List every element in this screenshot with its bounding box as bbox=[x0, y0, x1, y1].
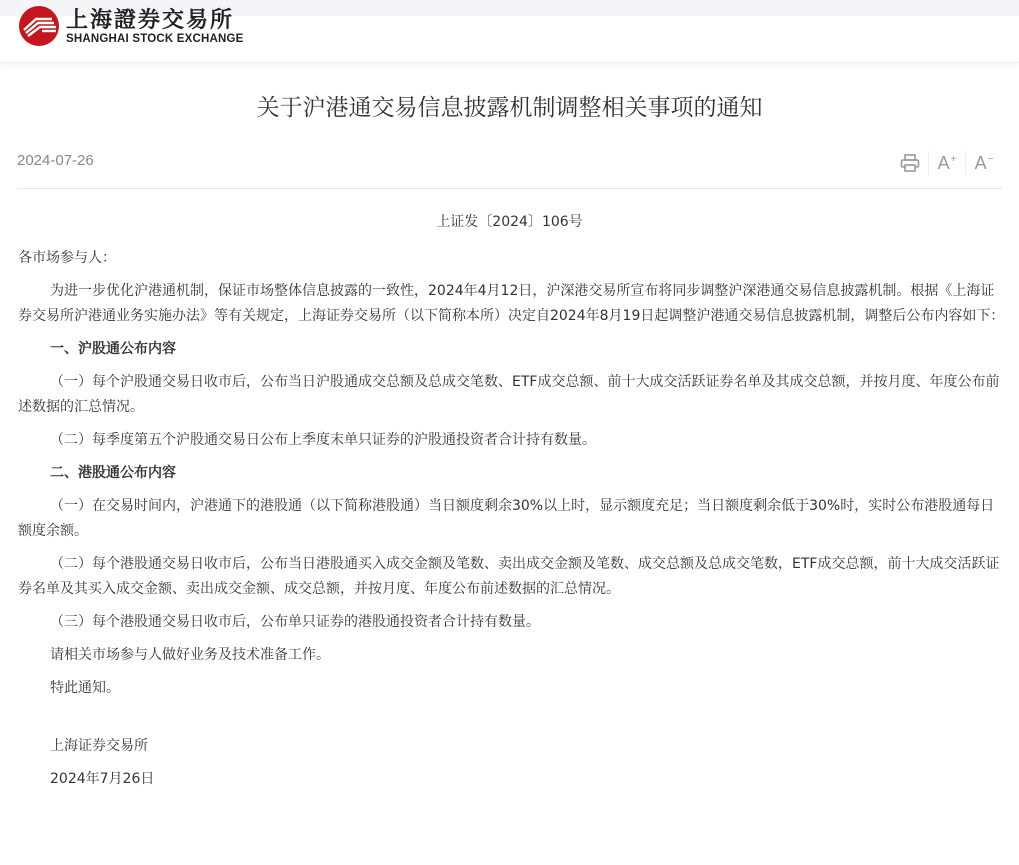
sse-logo-icon bbox=[18, 5, 60, 47]
section-item: （一）每个沪股通交易日收市后，公布当日沪股通成交总额及总成交笔数、ETF成交总额… bbox=[18, 370, 1005, 420]
sse-logo[interactable]: 上海證券交易所 SHANGHAI STOCK EXCHANGE bbox=[18, 5, 244, 47]
site-header: 上海證券交易所 SHANGHAI STOCK EXCHANGE bbox=[0, 0, 1019, 63]
page-title: 关于沪港通交易信息披露机制调整相关事项的通知 bbox=[0, 92, 1019, 124]
font-decrease-button[interactable]: A− bbox=[966, 150, 1002, 176]
section-item: （三）每个港股通交易日收市后，公布单只证券的港股通投资者合计持有数量。 bbox=[18, 610, 1005, 635]
notice-text: 特此通知。 bbox=[18, 676, 1005, 701]
font-increase-icon: A+ bbox=[938, 153, 957, 174]
publish-date: 2024-07-26 bbox=[17, 152, 94, 169]
intro-paragraph: 为进一步优化沪港通机制，保证市场整体信息披露的一致性，2024年4月12日，沪深… bbox=[18, 279, 1005, 329]
logo-chinese-name: 上海證券交易所 bbox=[66, 7, 244, 33]
article-tools: A+ A− bbox=[892, 150, 1002, 176]
salutation: 各市场参与人： bbox=[18, 246, 1005, 271]
section-item: （一）在交易时间内，沪港通下的港股通（以下简称港股通）当日额度剩余30%以上时，… bbox=[18, 494, 1005, 544]
section-heading: 二、港股通公布内容 bbox=[18, 461, 1005, 486]
print-icon bbox=[900, 154, 920, 172]
article-meta-row: 2024-07-26 A+ A− bbox=[17, 148, 1002, 189]
font-increase-button[interactable]: A+ bbox=[929, 150, 965, 176]
signature-organization: 上海证券交易所 bbox=[18, 734, 1005, 759]
closing-paragraph: 请相关市场参与人做好业务及技术准备工作。 bbox=[18, 643, 1005, 668]
print-button[interactable] bbox=[892, 150, 928, 176]
document-number: 上证发〔2024〕106号 bbox=[0, 211, 1019, 231]
section-heading: 一、沪股通公布内容 bbox=[18, 337, 1005, 362]
font-decrease-icon: A− bbox=[975, 153, 994, 174]
section-item: （二）每季度第五个沪股通交易日公布上季度末单只证券的沪股通投资者合计持有数量。 bbox=[18, 428, 1005, 453]
logo-english-name: SHANGHAI STOCK EXCHANGE bbox=[66, 33, 244, 46]
signature-date: 2024年7月26日 bbox=[18, 767, 1005, 792]
article-body: 各市场参与人： 为进一步优化沪港通机制，保证市场整体信息披露的一致性，2024年… bbox=[18, 246, 1005, 792]
section-item: （二）每个港股通交易日收市后，公布当日港股通买入成交金额及笔数、卖出成交金额及笔… bbox=[18, 552, 1005, 602]
